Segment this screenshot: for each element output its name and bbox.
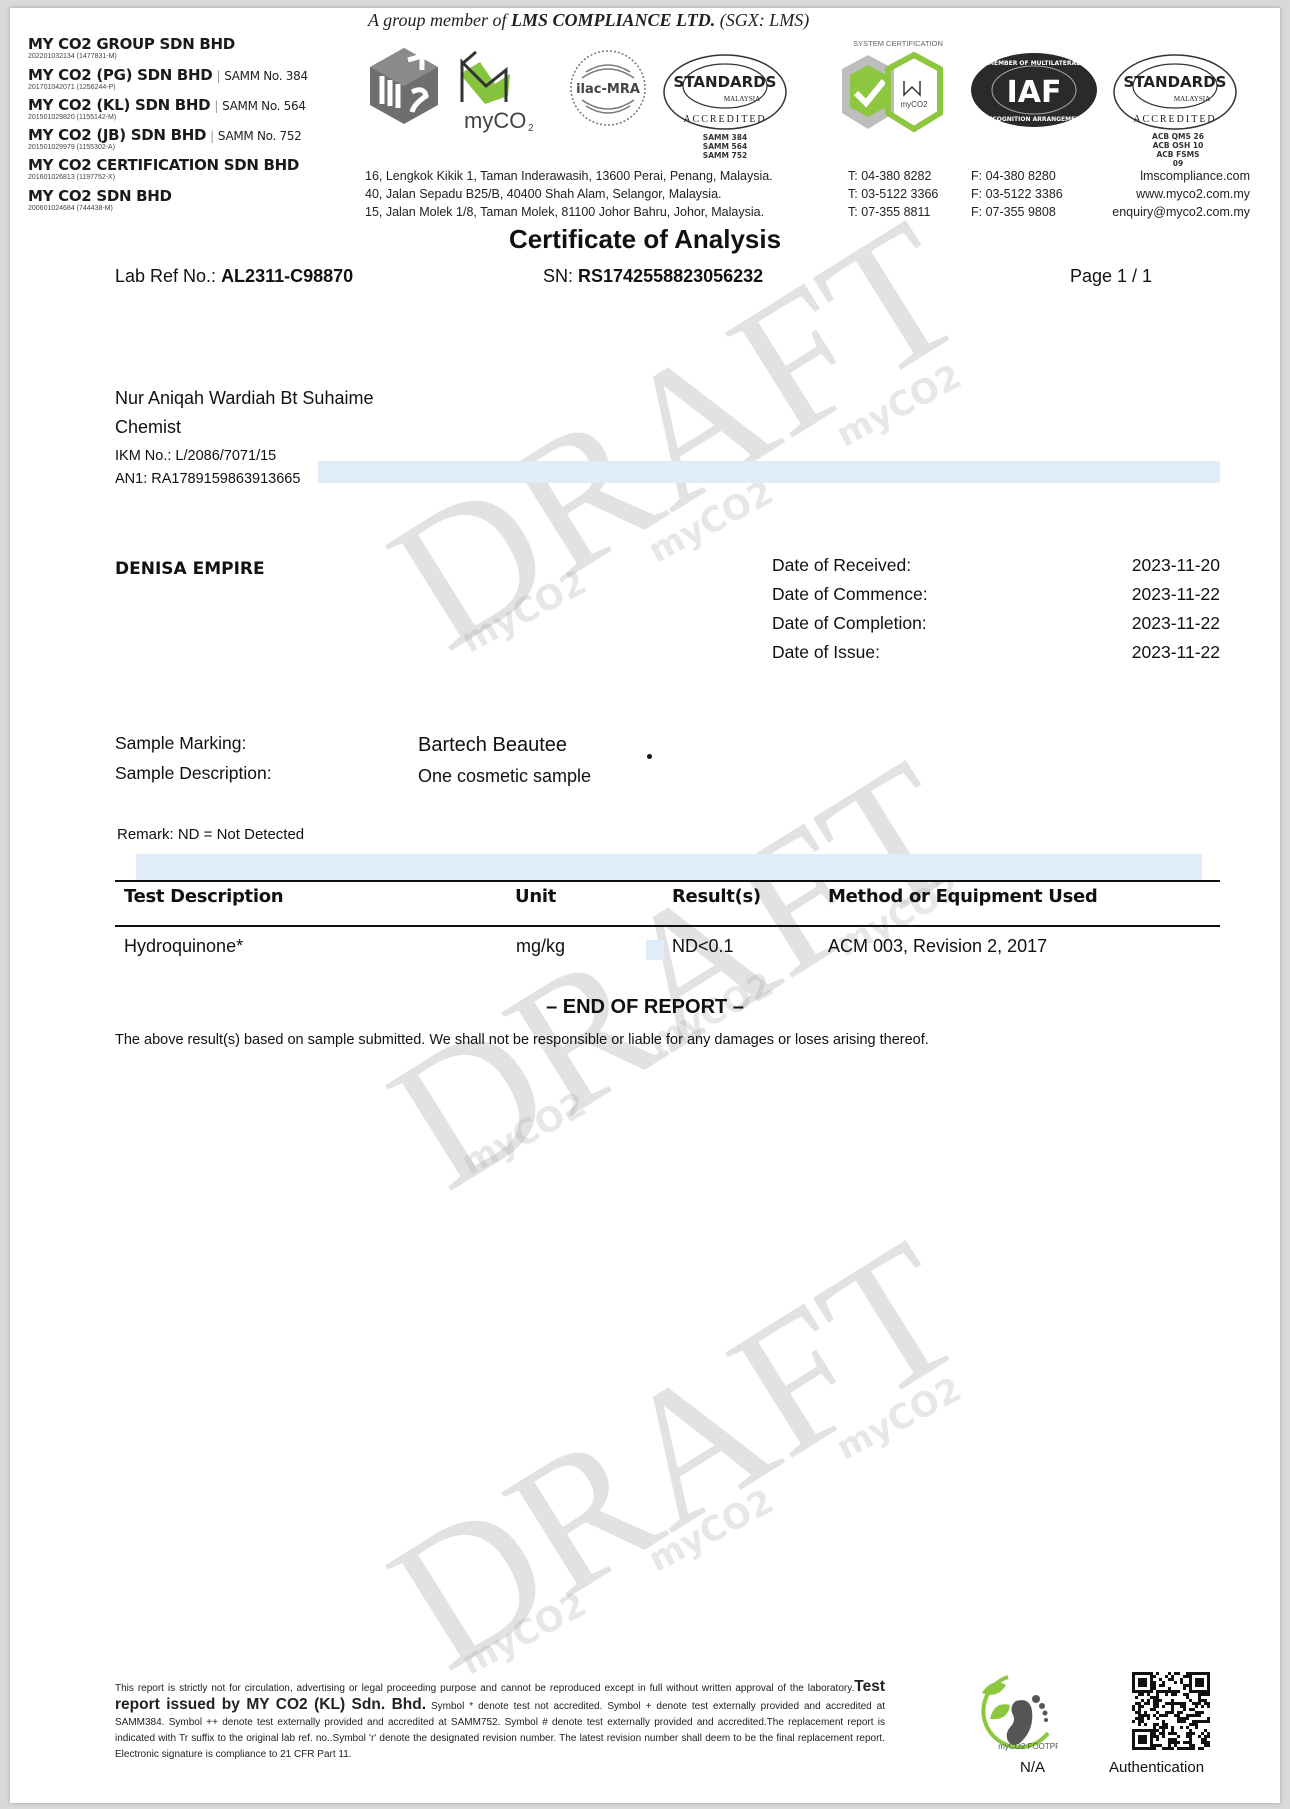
lms-logo-icon xyxy=(368,46,440,126)
brand-watermark: myCO2 xyxy=(830,1370,968,1469)
svg-text:RECOGNITION ARRANGEMENT: RECOGNITION ARRANGEMENT xyxy=(984,116,1086,123)
signature-highlight xyxy=(318,461,1220,483)
sample-marking-value: Bartech Beautee xyxy=(418,734,567,757)
company-entry: MY CO2 GROUP SDN BHD 202201032134 (14778… xyxy=(28,35,235,61)
sample-marking-label: Sample Marking: xyxy=(115,733,246,754)
system-certification-logo-icon: myCO2 xyxy=(838,51,958,136)
end-of-report: – END OF REPORT – xyxy=(10,996,1280,1019)
date-row: Date of Issue:2023-11-22 xyxy=(772,642,1220,671)
samm-number: SAMM No. 564 xyxy=(222,99,306,113)
company-entry: MY CO2 (PG) SDN BHD|SAMM No. 384 2017010… xyxy=(28,66,308,92)
svg-text:MALAYSIA: MALAYSIA xyxy=(1174,95,1210,103)
result-cell: ND<0.1 xyxy=(672,936,734,957)
standards-notes: SAMM 384 SAMM 564 SAMM 752 xyxy=(700,133,750,160)
column-header: Result(s) xyxy=(672,886,761,907)
company-reg-no: 201501029820 (1155142-M) xyxy=(28,114,306,122)
an1-number: AN1: RA1789159863913665 xyxy=(115,471,300,487)
draft-watermark: DRAFT xyxy=(355,1198,999,1713)
company-reg-no: 201501029979 (1155302-A) xyxy=(28,144,302,152)
company-name: MY CO2 CERTIFICATION SDN BHD xyxy=(28,156,299,174)
svg-text:ACCREDITED: ACCREDITED xyxy=(683,114,766,125)
column-header: Unit xyxy=(515,886,556,907)
website-link[interactable]: lmscompliance.com xyxy=(1112,167,1250,185)
table-top-rule xyxy=(115,880,1220,882)
company-entry: MY CO2 SDN BHD 200601024684 (744438-M) xyxy=(28,187,172,213)
disclaimer: The above result(s) based on sample subm… xyxy=(115,1032,929,1048)
standards-malaysia-logo-icon: STANDARDS MALAYSIA ACCREDITED xyxy=(1112,52,1238,132)
column-header: Method or Equipment Used xyxy=(828,886,1098,907)
company-reg-no: 201601026813 (1197752-X) xyxy=(28,174,299,182)
company-reg-no: 200601024684 (744438-M) xyxy=(28,205,172,213)
company-reg-no: 201701042071 (1256244-P) xyxy=(28,84,308,92)
date-row: Date of Completion:2023-11-22 xyxy=(772,613,1220,642)
company-entry: MY CO2 (KL) SDN BHD|SAMM No. 564 2015010… xyxy=(28,96,306,122)
brand-watermark: myCO2 xyxy=(455,1585,593,1684)
lab-ref-value: AL2311-C98870 xyxy=(221,266,353,286)
test-description-cell: Hydroquinone* xyxy=(124,936,243,957)
svg-text:2: 2 xyxy=(528,123,534,134)
svg-text:myCO2: myCO2 xyxy=(900,100,928,109)
svg-text:myCO: myCO xyxy=(464,108,526,133)
brand-watermark: myCO2 xyxy=(642,473,780,572)
remark: Remark: ND = Not Detected xyxy=(117,826,304,843)
svg-text:MALAYSIA: MALAYSIA xyxy=(724,95,760,103)
svg-text:IAF: IAF xyxy=(1007,75,1062,110)
group-member-line: A group member of LMS COMPLIANCE LTD. (S… xyxy=(368,10,809,31)
footer-notes: This report is strictly not for circulat… xyxy=(115,1679,885,1763)
company-entry: MY CO2 (JB) SDN BHD|SAMM No. 752 2015010… xyxy=(28,126,302,152)
unit-cell: mg/kg xyxy=(516,936,565,957)
company-name: MY CO2 SDN BHD xyxy=(28,187,172,205)
signatory-role: Chemist xyxy=(115,417,181,438)
brand-watermark: myCO2 xyxy=(642,1482,780,1581)
company-name: MY CO2 (PG) SDN BHD xyxy=(28,66,212,84)
svg-text:STANDARDS: STANDARDS xyxy=(1124,73,1227,91)
address-block: 16, Lengkok Kikik 1, Taman Inderawasih, … xyxy=(365,167,773,221)
company-name: MY CO2 (KL) SDN BHD xyxy=(28,96,210,114)
svg-text:ilac-MRA: ilac-MRA xyxy=(576,82,640,97)
table-highlight xyxy=(136,854,1202,880)
authentication-label[interactable]: Authentication xyxy=(1109,1759,1204,1776)
phone-block: T: 04-380 8282 T: 03-5122 3366 T: 07-355… xyxy=(848,167,938,221)
svg-text:myCO2 FOOTPRINT: myCO2 FOOTPRINT xyxy=(998,1742,1058,1751)
ikm-number: IKM No.: L/2086/7071/15 xyxy=(115,448,276,464)
web-block: lmscompliance.com www.myco2.com.my enqui… xyxy=(1112,167,1250,221)
myco2-logo-icon: myCO 2 xyxy=(450,44,550,134)
ilac-mra-logo-icon: ilac-MRA xyxy=(568,48,648,128)
svg-text:ACCREDITED: ACCREDITED xyxy=(1133,114,1216,125)
page-number: Page 1 / 1 xyxy=(1070,266,1152,287)
samm-number: SAMM No. 752 xyxy=(218,129,302,143)
company-name: MY CO2 GROUP SDN BHD xyxy=(28,35,235,53)
iaf-logo-icon: IAF MEMBER OF MULTILATERAL RECOGNITION A… xyxy=(970,52,1098,128)
system-certification-label: SYSTEM CERTIFICATION xyxy=(843,39,953,48)
serial-number-value: RS1742558823056232 xyxy=(578,266,763,286)
table-header-rule xyxy=(115,925,1220,927)
standards-malaysia-logo-icon: STANDARDS MALAYSIA ACCREDITED xyxy=(662,52,788,132)
brand-watermark: myCO2 xyxy=(455,1085,593,1184)
footprint-label: N/A xyxy=(1020,1759,1045,1776)
dot-mark xyxy=(647,754,652,759)
brand-watermark: myCO2 xyxy=(455,563,593,662)
sample-description-label: Sample Description: xyxy=(115,763,272,784)
samm-number: SAMM No. 384 xyxy=(224,69,308,83)
draft-watermark: DRAFT xyxy=(355,718,999,1233)
lab-ref: Lab Ref No.: AL2311-C98870 xyxy=(115,266,353,287)
co2-footprint-logo-icon: myCO2 FOOTPRINT xyxy=(968,1673,1058,1755)
brand-watermark: myCO2 xyxy=(830,357,968,456)
website-link[interactable]: www.myco2.com.my xyxy=(1112,185,1250,203)
sample-description-value: One cosmetic sample xyxy=(418,766,591,787)
column-header: Test Description xyxy=(124,886,283,907)
company-name: MY CO2 (JB) SDN BHD xyxy=(28,126,206,144)
dates-block: Date of Received:2023-11-20 Date of Comm… xyxy=(772,555,1220,671)
signatory-name: Nur Aniqah Wardiah Bt Suhaime xyxy=(115,388,373,409)
date-row: Date of Commence:2023-11-22 xyxy=(772,584,1220,613)
svg-text:MEMBER OF MULTILATERAL: MEMBER OF MULTILATERAL xyxy=(988,60,1080,67)
result-highlight xyxy=(646,940,664,960)
acb-notes: ACB QMS 26 ACB OSH 10 ACB FSMS 09 xyxy=(1150,132,1206,168)
document-title: Certificate of Analysis xyxy=(10,224,1280,255)
company-entry: MY CO2 CERTIFICATION SDN BHD 20160102681… xyxy=(28,156,299,182)
serial-number: SN: RS1742558823056232 xyxy=(543,266,763,287)
company-reg-no: 202201032134 (1477831-M) xyxy=(28,53,235,61)
client-name: DENISA EMPIRE xyxy=(115,559,265,579)
authentication-qr-code[interactable] xyxy=(1132,1672,1210,1750)
svg-text:STANDARDS: STANDARDS xyxy=(674,73,777,91)
email-link[interactable]: enquiry@myco2.com.my xyxy=(1112,203,1250,221)
fax-block: F: 04-380 8280 F: 03-5122 3386 F: 07-355… xyxy=(971,167,1063,221)
date-row: Date of Received:2023-11-20 xyxy=(772,555,1220,584)
parent-company: LMS COMPLIANCE LTD. xyxy=(511,10,715,30)
method-cell: ACM 003, Revision 2, 2017 xyxy=(828,936,1047,957)
certificate-page: DRAFT DRAFT DRAFT myCO2 myCO2 myCO2 myCO… xyxy=(10,8,1280,1803)
